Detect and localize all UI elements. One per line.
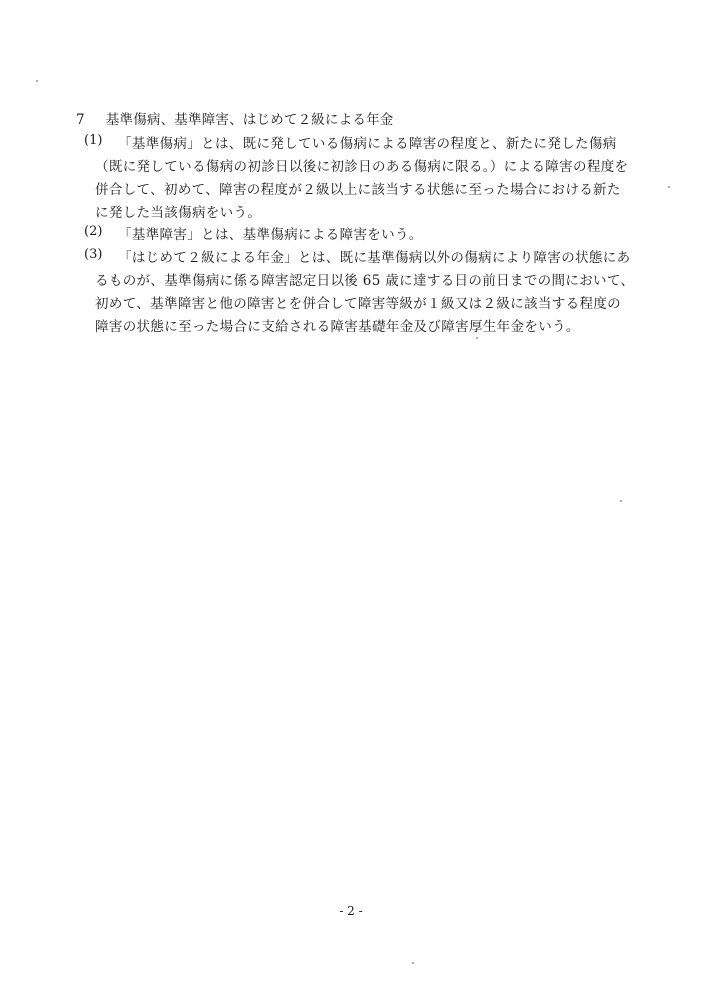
item-3-line-4: 障害の状態に至った場合に支給される障害基礎年金及び障害厚生年金をいう。 xyxy=(95,315,580,335)
scan-speck xyxy=(668,186,670,188)
scan-speck xyxy=(412,962,414,964)
item-3-line-3: 初めて、基準障害と他の障害とを併合して障害等級が１級又は２級に該当する程度の xyxy=(95,292,621,312)
item-1-label: (1) xyxy=(84,133,102,148)
section-heading: 7 基準傷病、基準障害、はじめて２級による年金 xyxy=(76,108,394,128)
item-1-line-4: に発した当該傷病をいう。 xyxy=(95,201,261,221)
section-title: 基準傷病、基準障害、はじめて２級による年金 xyxy=(106,112,394,128)
page-number: - 2 - xyxy=(0,904,702,918)
document-page: 7 基準傷病、基準障害、はじめて２級による年金 (1) 「基準傷病」とは、既に発… xyxy=(0,0,702,993)
item-2-line-1: 「基準障害」とは、基準傷病による障害をいう。 xyxy=(118,223,423,243)
item-1-line-3: 併合して、初めて、障害の程度が２級以上に該当する状態に至った場合における新た xyxy=(95,178,621,198)
scan-speck xyxy=(36,80,38,82)
item-1-line-2: （既に発している傷病の初診日以後に初診日のある傷病に限る。）による障害の程度を xyxy=(95,155,628,175)
item-3-label: (3) xyxy=(84,247,102,262)
item-2-label: (2) xyxy=(84,224,102,239)
item-3-line-1: 「はじめて２級による年金」とは、既に基準傷病以外の傷病により障害の状態にあ xyxy=(118,246,630,266)
item-3-line-2: るものが、基準傷病に係る障害認定日以後 65 歳に達する日の前日までの間において… xyxy=(95,269,634,289)
scan-speck xyxy=(620,500,622,502)
item-1-line-1: 「基準傷病」とは、既に発している傷病による障害の程度と、新たに発した傷病 xyxy=(118,132,617,152)
section-number: 7 xyxy=(76,112,85,128)
scan-speck xyxy=(476,337,478,339)
